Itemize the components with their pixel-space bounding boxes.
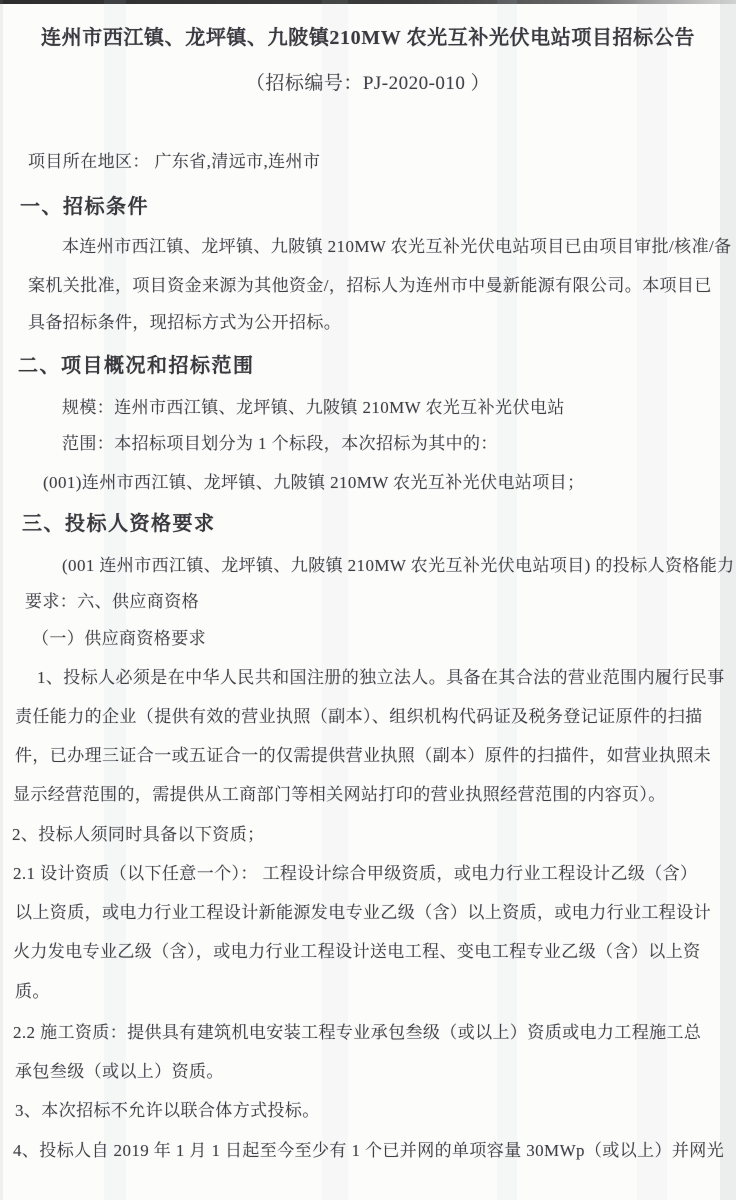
item3-line: 3、本次招标不允许以联合体方式投标。 (15, 1099, 320, 1123)
section1-line2: 案机关批准，项目资金来源为其他资金/，招标人为连州市中曼新能源有限公司。本项目已 (28, 274, 712, 298)
scanned-tender-document: 连州市西江镇、龙坪镇、九陂镇210MW 农光互补光伏电站项目招标公告 （招标编号… (0, 0, 736, 1200)
section1-heading: 一、招标条件 (20, 195, 149, 219)
item1-line2: 责任能力的企业（提供有效的营业执照（副本）、组织机构代码证及税务登记证原件的扫描 (15, 705, 703, 729)
item2-1-line2: 以上资质，或电力行业工程设计新能源发电专业乙级（含）以上资质，或电力行业工程设计 (15, 901, 711, 925)
scan-streak (720, 0, 736, 1200)
item2-2-line2: 承包叁级（或以上）资质。 (15, 1060, 224, 1084)
item4-line: 4、投标人自 2019 年 1 月 1 日起至今至少有 1 个已并网的单项容量 … (13, 1139, 724, 1163)
item2-1-line4: 质。 (15, 980, 50, 1004)
scan-streak (497, 0, 517, 1200)
project-location: 项目所在地区： 广东省,清远市,连州市 (28, 150, 320, 174)
scan-edge-artifact (0, 0, 736, 4)
tender-number: （招标编号：PJ-2020-010 ） (0, 72, 736, 96)
section3-line1: (001 连州市西江镇、龙坪镇、九陂镇 210MW 农光互补光伏电站项目) 的投… (62, 554, 735, 578)
section2-scope-line: 范围：本招标项目划分为 1 个标段，本次招标为其中的： (62, 432, 498, 456)
section2-scale-line: 规模：连州市西江镇、龙坪镇、九陂镇 210MW 农光互补光伏电站 (62, 396, 565, 420)
item1-line3: 件，已办理三证合一或五证合一的仅需提供营业执照（副本）原件的扫描件，如营业执照未 (15, 744, 711, 768)
scan-streak (637, 0, 667, 1200)
item1-line1: 1、投标人必须是在中华人民共和国注册的独立法人。具备在其合法的营业范围内履行民事 (37, 666, 725, 690)
item2-line: 2、投标人须同时具备以下资质； (12, 823, 265, 847)
scan-streak (322, 0, 348, 1200)
doc-title: 连州市西江镇、龙坪镇、九陂镇210MW 农光互补光伏电站项目招标公告 (0, 26, 736, 50)
section2-heading: 二、项目概况和招标范围 (18, 354, 255, 378)
item2-2-line1: 2.2 施工资质：提供具有建筑机电安装工程专业承包叁级（或以上）资质或电力工程施… (13, 1021, 701, 1045)
section3-line3: （一）供应商资格要求 (32, 627, 206, 651)
section2-lot-line: (001)连州市西江镇、龙坪镇、九陂镇 210MW 农光互补光伏电站项目； (43, 471, 584, 495)
item2-1-line1: 2.1 设计资质（以下任意一个）： 工程设计综合甲级资质，或电力行业工程设计乙级… (13, 862, 697, 886)
section3-line2: 要求：六、供应商资格 (25, 590, 199, 614)
item2-1-line3: 火力发电专业乙级（含），或电力行业工程设计送电工程、变电工程专业乙级（含）以上资 (13, 940, 701, 964)
section1-line3: 具备招标条件，现招标方式为公开招标。 (28, 311, 341, 335)
item1-line4: 显示经营范围的，需提供从工商部门等相关网站打印的营业执照经营范围的内容页）。 (13, 783, 666, 807)
section1-line1: 本连州市西江镇、龙坪镇、九陂镇 210MW 农光互补光伏电站项目已由项目审批/核… (62, 235, 732, 259)
scan-left-edge-artifact (0, 0, 3, 1200)
section3-heading: 三、投标人资格要求 (22, 512, 216, 536)
